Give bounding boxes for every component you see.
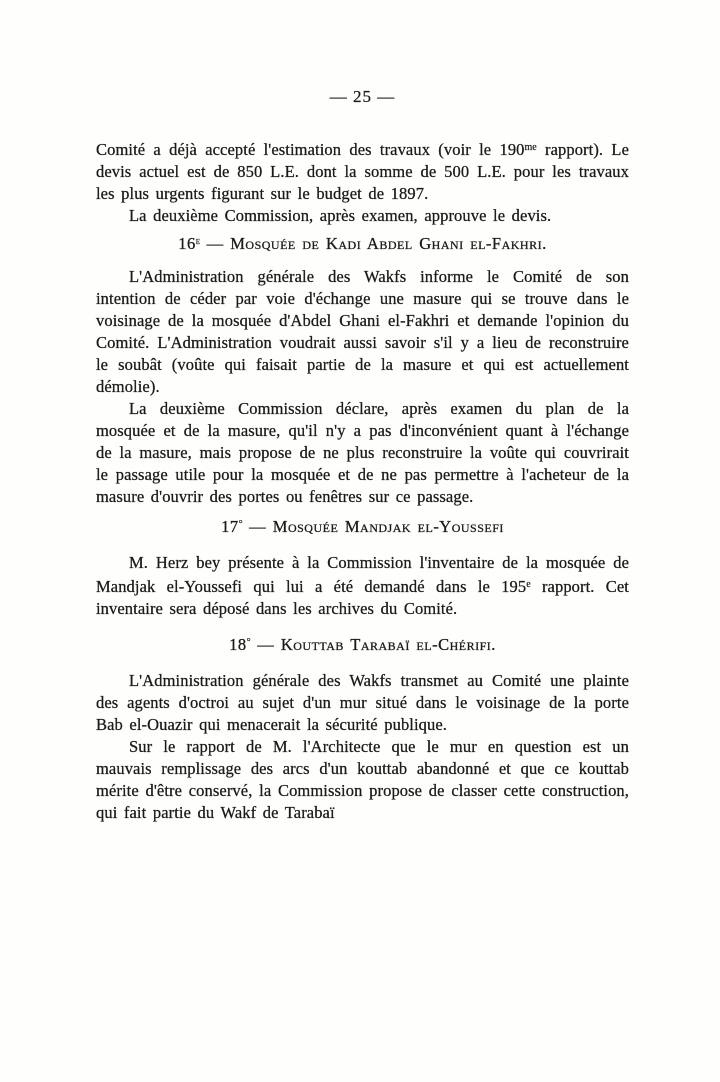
paragraph-rapport-architecte: Sur le rapport de M. l'Architecte que le… (96, 736, 629, 824)
paragraph-commission-declaration: La deuxième Commission déclare, après ex… (96, 398, 629, 508)
paragraph-approbation-devis: La deuxième Commission, après examen, ap… (96, 205, 629, 227)
paragraph-text: Comité a déjà accepté l'estimation des t… (96, 140, 525, 159)
paragraph-inventaire-mandjak: M. Herz bey présente à la Commission l'i… (96, 552, 629, 620)
section-number: 17 (221, 517, 239, 536)
section-number: 16 (178, 234, 196, 253)
paragraph-plainte-octroi: L'Administration générale des Wakfs tran… (96, 670, 629, 736)
scanned-document-page: — 25 — Comité a déjà accepté l'estimatio… (0, 0, 720, 1082)
superscript-ordinal: me (525, 142, 537, 153)
text-block: — 25 — Comité a déjà accepté l'estimatio… (96, 88, 629, 824)
section-heading-17-mosquee-mandjak: 17° — Mosquée Mandjak el-Youssefi (96, 514, 629, 538)
section-number: 18 (229, 635, 247, 654)
section-title: — Mosquée de Kadi Abdel Ghani el-Fakhri. (200, 234, 547, 253)
section-heading-18-kouttab-tarabai: 18° — Kouttab Tarabaï el-Chérifi. (96, 632, 629, 656)
section-title: — Kouttab Tarabaï el-Chérifi. (251, 635, 496, 654)
paragraph-estimation-travaux: Comité a déjà accepté l'estimation des t… (96, 137, 629, 205)
section-title: — Mosquée Mandjak el-Youssefi (243, 517, 504, 536)
section-heading-16-mosquee-kadi-abdel-ghani: 16e — Mosquée de Kadi Abdel Ghani el-Fak… (96, 231, 629, 255)
page-number: — 25 — (96, 88, 629, 105)
paragraph-echange-masure: L'Administration générale des Wakfs info… (96, 266, 629, 398)
